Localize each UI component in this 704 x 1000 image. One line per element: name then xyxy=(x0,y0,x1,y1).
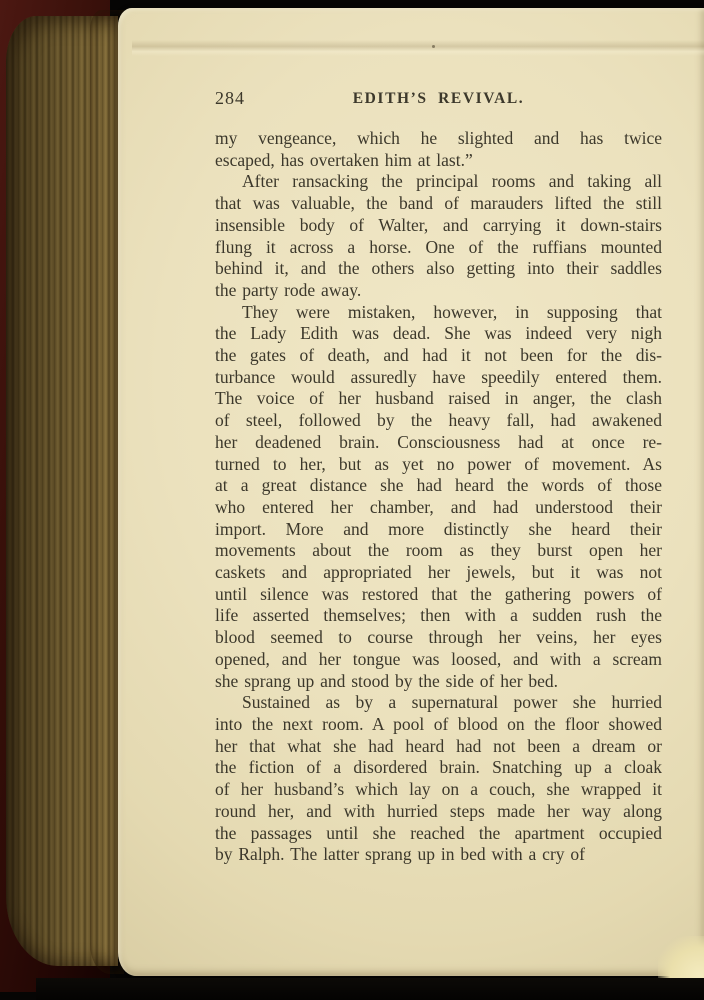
page-corner-curl xyxy=(658,936,704,980)
text-line: caskets and appropriated her jewels, but… xyxy=(215,562,662,584)
text-line: until silence was restored that the gath… xyxy=(215,584,662,606)
text-line: the gates of death, and had it not been … xyxy=(215,345,662,367)
text-line: life asserted themselves; then with a su… xyxy=(215,605,662,627)
text-line: The voice of her husband raised in anger… xyxy=(215,388,662,410)
text-line: my vengeance, which he slighted and has … xyxy=(215,128,662,150)
text-line: flung it across a horse. One of the ruff… xyxy=(215,237,662,259)
text-line: escaped, has overtaken him at last.” xyxy=(215,150,662,172)
text-line: They were mistaken, however, in supposin… xyxy=(215,302,662,324)
text-line: the party rode away. xyxy=(215,280,662,302)
text-line: her deadened brain. Consciousness had at… xyxy=(215,432,662,454)
text-line: turned to her, but as yet no power of mo… xyxy=(215,454,662,476)
page-number: 284 xyxy=(215,88,245,109)
text-line: her that what she had heard had not been… xyxy=(215,736,662,758)
paper-speck xyxy=(432,45,435,48)
text-line: After ransacking the principal rooms and… xyxy=(215,171,662,193)
page-crease xyxy=(132,40,704,56)
text-line: the passages until she reached the apart… xyxy=(215,823,662,845)
text-line: Sustained as by a supernatural power she… xyxy=(215,692,662,714)
text-line: movements about the room as they burst o… xyxy=(215,540,662,562)
text-line: behind it, and the others also getting i… xyxy=(215,258,662,280)
text-line: insensible body of Walter, and carrying … xyxy=(215,215,662,237)
text-line: by Ralph. The latter sprang up in bed wi… xyxy=(215,844,662,866)
text-line: round her, and with hurried steps made h… xyxy=(215,801,662,823)
text-line: who entered her chamber, and had underst… xyxy=(215,497,662,519)
text-line: turbance would assuredly have speedily e… xyxy=(215,367,662,389)
paragraph: They were mistaken, however, in supposin… xyxy=(215,302,662,693)
text-line: the Lady Edith was dead. She was indeed … xyxy=(215,323,662,345)
text-line: into the next room. A pool of blood on t… xyxy=(215,714,662,736)
paragraph: After ransacking the principal rooms and… xyxy=(215,171,662,301)
text-block: 284 EDITH’S REVIVAL. my vengeance, which… xyxy=(215,88,662,866)
paragraph: my vengeance, which he slighted and has … xyxy=(215,128,662,171)
page-header: 284 EDITH’S REVIVAL. xyxy=(215,88,662,112)
running-title: EDITH’S REVIVAL. xyxy=(215,88,662,108)
body-text: my vengeance, which he slighted and has … xyxy=(215,128,662,866)
book-scan: 284 EDITH’S REVIVAL. my vengeance, which… xyxy=(0,0,704,1000)
text-line: at a great distance she had heard the wo… xyxy=(215,475,662,497)
text-line: opened, and her tongue was loosed, and w… xyxy=(215,649,662,671)
text-line: of steel, followed by the heavy fall, ha… xyxy=(215,410,662,432)
text-line: the fiction of a disordered brain. Snatc… xyxy=(215,757,662,779)
text-line: she sprang up and stood by the side of h… xyxy=(215,671,662,693)
book-page: 284 EDITH’S REVIVAL. my vengeance, which… xyxy=(118,8,704,976)
text-line: of her husband’s which lay on a couch, s… xyxy=(215,779,662,801)
bottom-shadow xyxy=(36,978,704,1000)
paragraph: Sustained as by a supernatural power she… xyxy=(215,692,662,866)
text-line: that was valuable, the band of marauders… xyxy=(215,193,662,215)
text-line: import. More and more distinctly she hea… xyxy=(215,519,662,541)
text-line: blood seemed to course through her veins… xyxy=(215,627,662,649)
